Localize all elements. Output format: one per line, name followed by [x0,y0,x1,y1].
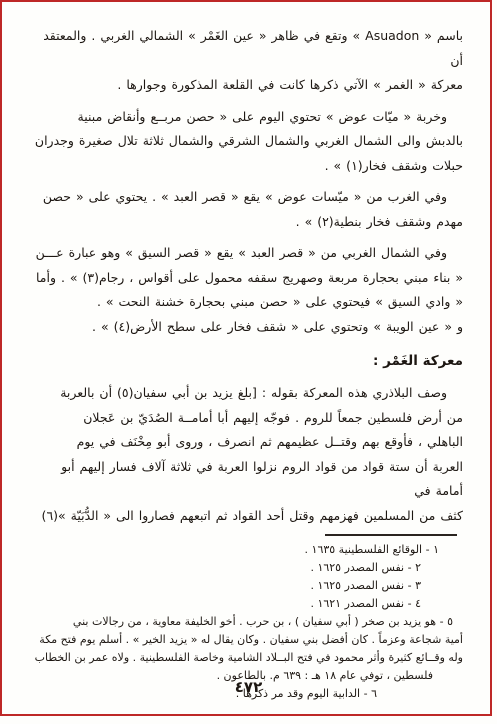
footnote-line: ٣ - نفس المصدر ١٦٢٥ . [32,577,463,595]
footnote-separator [325,534,457,536]
footnote-line: وله وقــائع كثيرة وأثر محمود في فتح البـ… [32,649,463,667]
text-line: الباهلي ، فأوقع بهم وقتــل عظيمهم ثم انص… [32,430,463,455]
paragraph: وفي الغرب من « ميّسات عوض » يقع « قصر ال… [32,185,463,234]
paragraph: باسم « Asuadon » وتقع في ظاهر « عين الغَ… [32,24,463,98]
text-line: معركة « الغمر » الآتي ذكرها كانت في القل… [32,73,463,98]
text-line: حبلات وشقف فخار(١) » . [32,154,463,179]
battle-description-paragraph: وصف البلاذري هذه المعركة بقوله : [بلغ يز… [32,381,463,528]
text-line: وخربة « ميّات عوض » تحتوي اليوم على « حص… [32,105,463,130]
footnote-line: ١ - الوقائع الفلسطينية ١٦٣٥ . [32,541,463,559]
paragraph: وخربة « ميّات عوض » تحتوي اليوم على « حص… [32,105,463,179]
page-content: باسم « Asuadon » وتقع في ظاهر « عين الغَ… [32,24,463,703]
text-line: مهدم وشقف فخار بنطية(٢) » . [32,210,463,235]
footnote-line: ٢ - نفس المصدر ١٦٢٥ . [32,559,463,577]
text-line: كثف من المسلمين فهزمهم وقتل أحد القواد ث… [32,504,463,529]
text-line: بالدبش والى الشمال الغربي والشمال الشرقي… [32,129,463,154]
text-line: باسم « Asuadon » وتقع في ظاهر « عين الغَ… [32,24,463,73]
paragraph: وفي الشمال الغربي من « قصر العبد » يقع «… [32,241,463,339]
section-heading: معركة الغَمْر : [32,349,463,373]
page-number: ٤٧٢ [0,678,497,696]
footnote-line: ٥ - هو يزيد بن صخر ( أبي سفيان ) ، بن حر… [32,613,463,631]
text-line: « وادي السيق » فيحتوي على « حصن مبني بحج… [32,290,463,315]
text-line: من أرض فلسطين جمعاً للروم . فوجّه إليهم … [32,406,463,431]
text-line: وفي الشمال الغربي من « قصر العبد » يقع «… [32,241,463,266]
text-line: « بناء مبني بحجارة مربعة وصهريج سقفه محم… [32,266,463,291]
text-line: وصف البلاذري هذه المعركة بقوله : [بلغ يز… [32,381,463,406]
footnote-line: ٤ - نفس المصدر ١٦٢١ . [32,595,463,613]
text-line: وفي الغرب من « ميّسات عوض » يقع « قصر ال… [32,185,463,210]
scanned-book-page: باسم « Asuadon » وتقع في ظاهر « عين الغَ… [0,0,497,724]
text-line: و « عين الويبة » وتحتوي على « شقف فخار ع… [32,315,463,340]
footnote-line: أمية شجاعة وعزماً . كان أفضل بني سفيان .… [32,631,463,649]
text-line: العربة أن ستة قواد من قواد الروم نزلوا ا… [32,455,463,504]
